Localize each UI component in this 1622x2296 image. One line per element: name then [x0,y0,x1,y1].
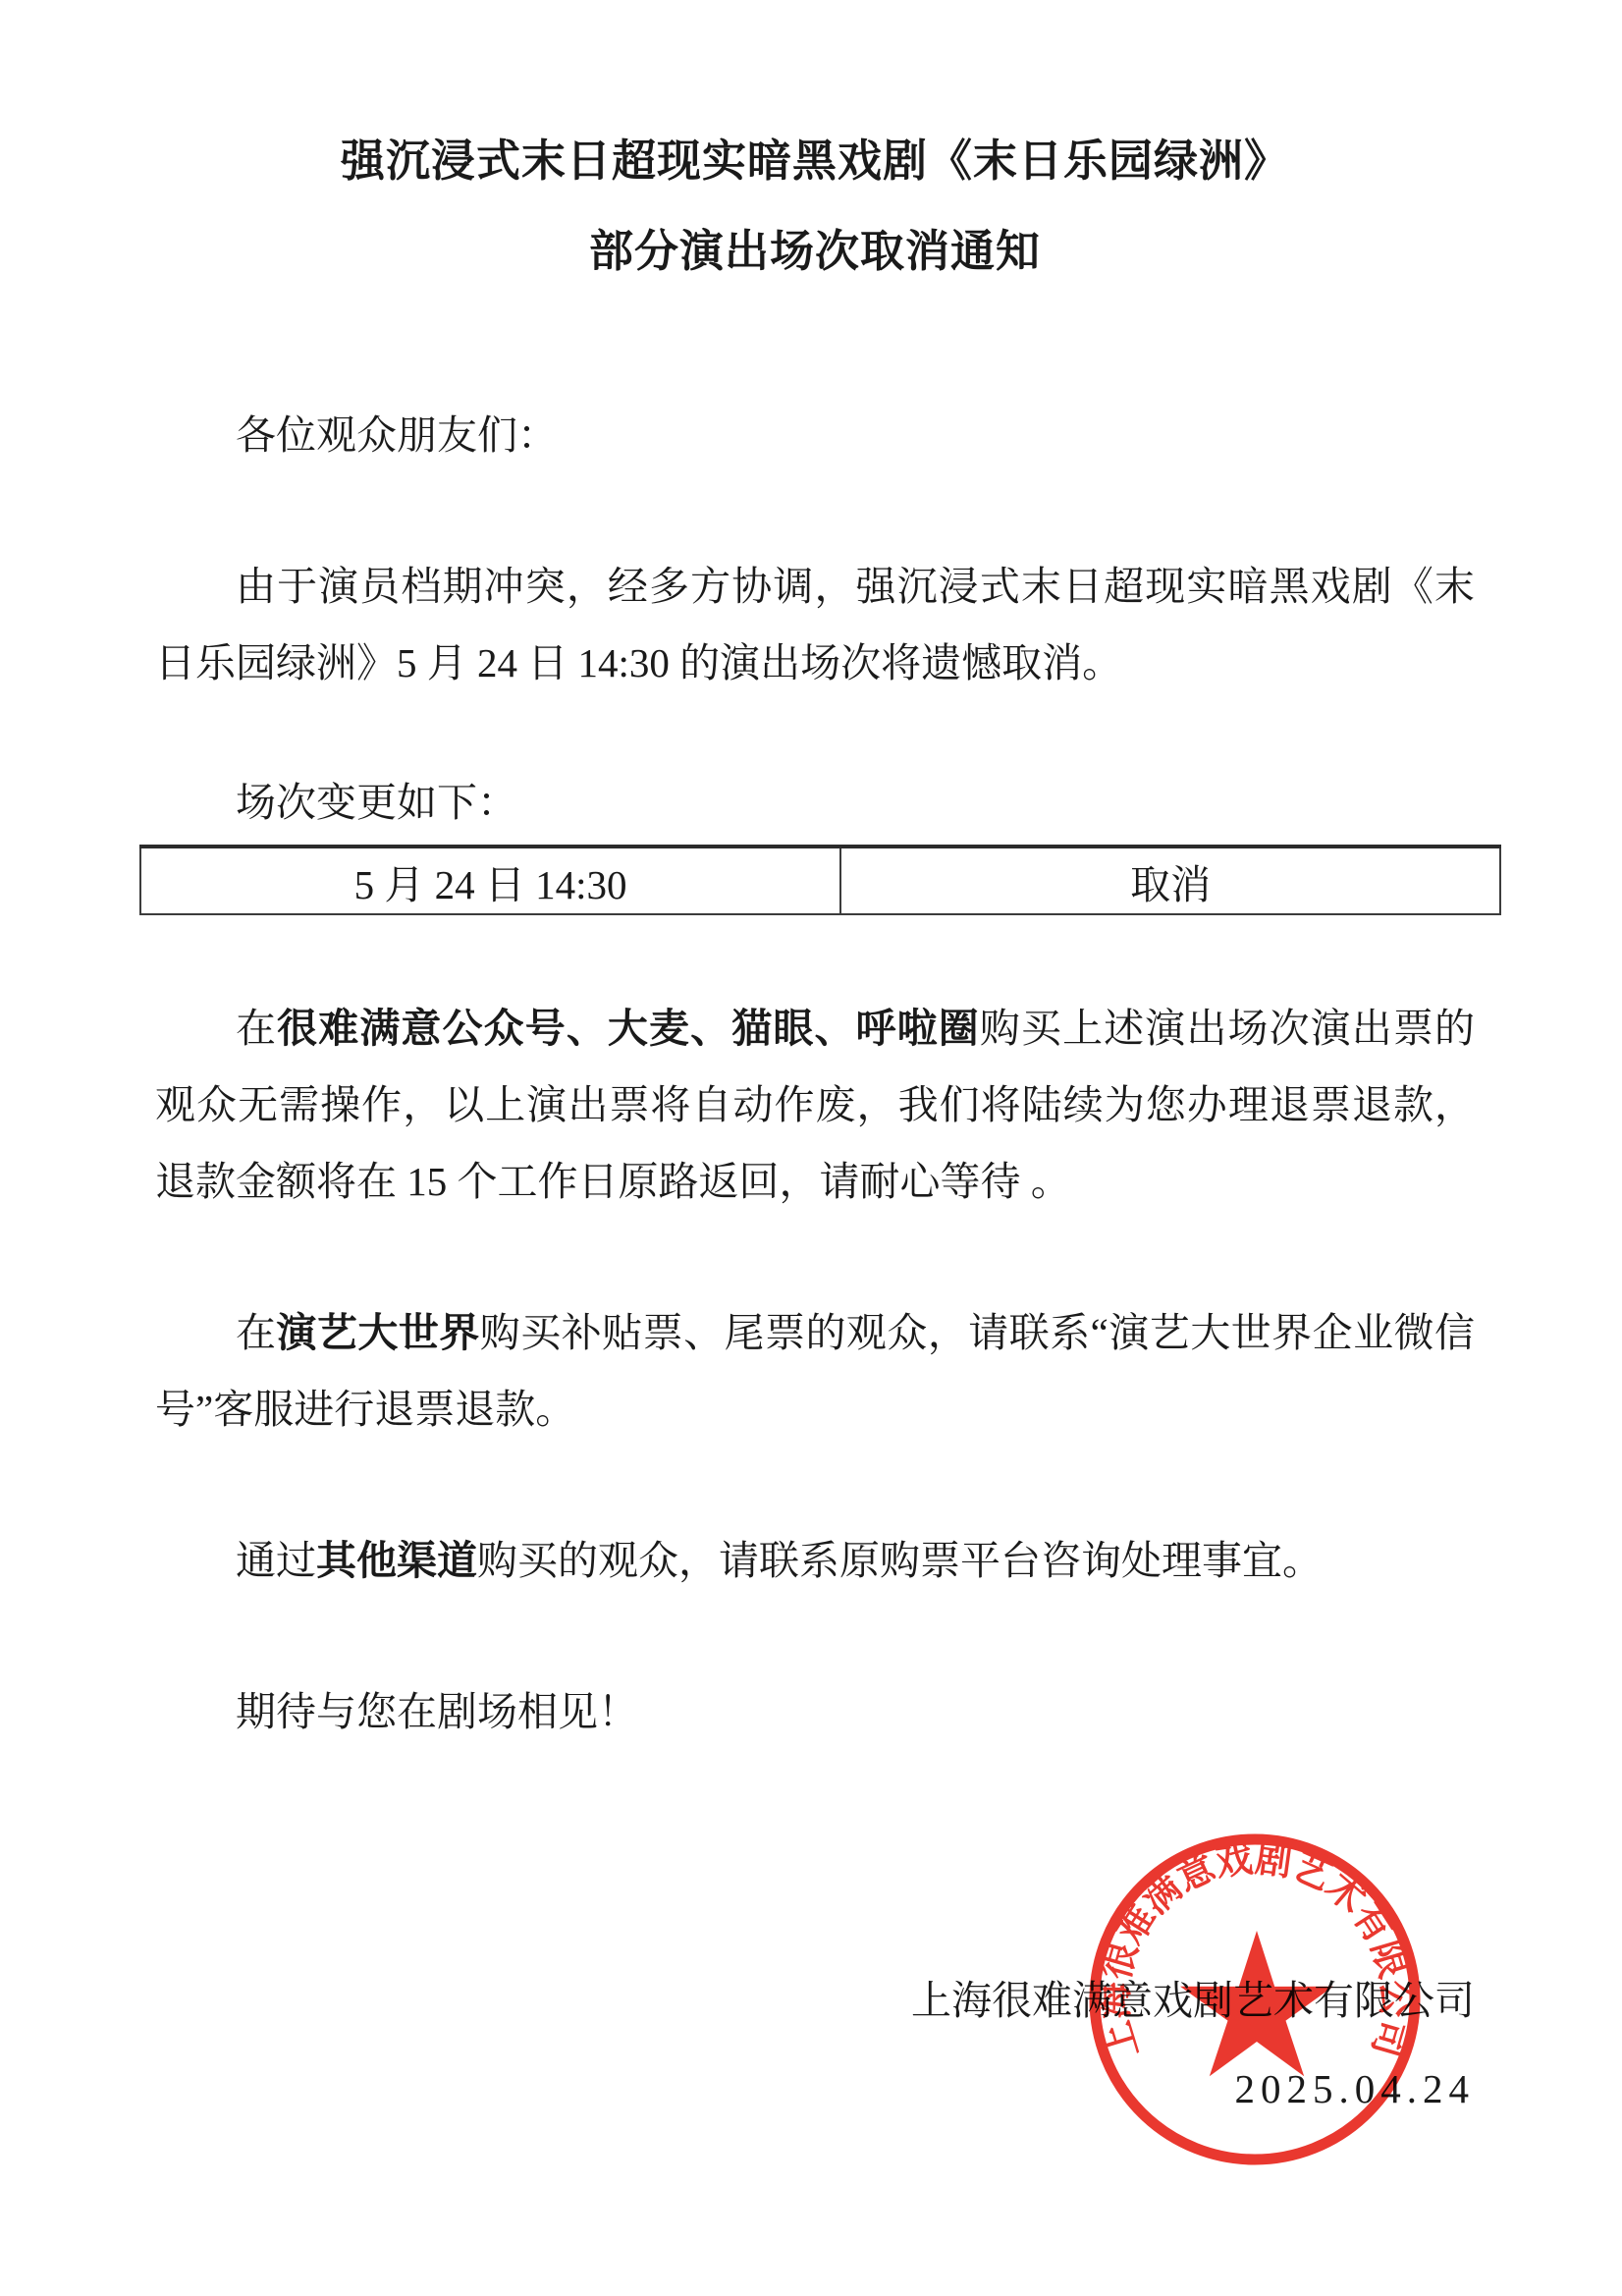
text-segment-bold: 演艺大世界 [276,1310,479,1355]
paragraph-other-channels: 通过其他渠道购买的观众，请联系原购票平台咨询处理事宜。 [155,1522,1475,1599]
text-segment: 由于演员档期冲突，经多方协调，强沉浸式末日超现实暗黑戏剧《末日乐园绿洲》5 月 … [155,564,1475,685]
schedule-change-label: 场次变更如下： [155,764,1475,841]
signature-block: 上海很难满意戏剧艺术有限公司 2025.04.24 [155,1962,1475,2127]
paragraph-refund-platforms: 在很难满意公众号、大麦、猫眼、呼啦圈购买上述演出场次演出票的观众无需操作，以上演… [155,990,1475,1220]
text-segment-bold: 其他渠道 [316,1538,477,1583]
text-segment: 通过 [236,1538,316,1583]
document-body: 强沉浸式末日超现实暗黑戏剧《末日乐园绿洲》 部分演出场次取消通知 各位观众朋友们… [155,0,1475,2127]
closing-line: 期待与您在剧场相见！ [155,1673,1475,1750]
paragraph-cancellation: 由于演员档期冲突，经多方协调，强沉浸式末日超现实暗黑戏剧《末日乐园绿洲》5 月 … [155,548,1475,701]
text-segment-bold: 很难满意公众号、大麦、猫眼、呼啦圈 [277,1006,980,1051]
title-line-2: 部分演出场次取消通知 [155,206,1475,297]
salutation: 各位观众朋友们： [155,397,1475,473]
status-cell: 取消 [840,847,1500,914]
notice-document: 强沉浸式末日超现实暗黑戏剧《末日乐园绿洲》 部分演出场次取消通知 各位观众朋友们… [0,0,1622,2296]
signature-date: 2025.04.24 [155,2050,1475,2127]
text-segment: 在 [236,1310,276,1355]
text-segment: 购买的观众，请联系原购票平台咨询处理事宜。 [477,1538,1323,1583]
session-cell: 5 月 24 日 14:30 [140,847,840,914]
signature-company: 上海很难满意戏剧艺术有限公司 [155,1962,1475,2039]
title-line-1: 强沉浸式末日超现实暗黑戏剧《末日乐园绿洲》 [155,116,1475,206]
schedule-table: 5 月 24 日 14:30 取消 [139,845,1501,915]
paragraph-subsidy-tickets: 在演艺大世界购买补贴票、尾票的观众，请联系“演艺大世界企业微信号”客服进行退票退… [155,1294,1475,1448]
table-row: 5 月 24 日 14:30 取消 [140,847,1500,914]
text-segment: 在 [236,1006,277,1051]
document-title: 强沉浸式末日超现实暗黑戏剧《末日乐园绿洲》 部分演出场次取消通知 [155,116,1475,297]
